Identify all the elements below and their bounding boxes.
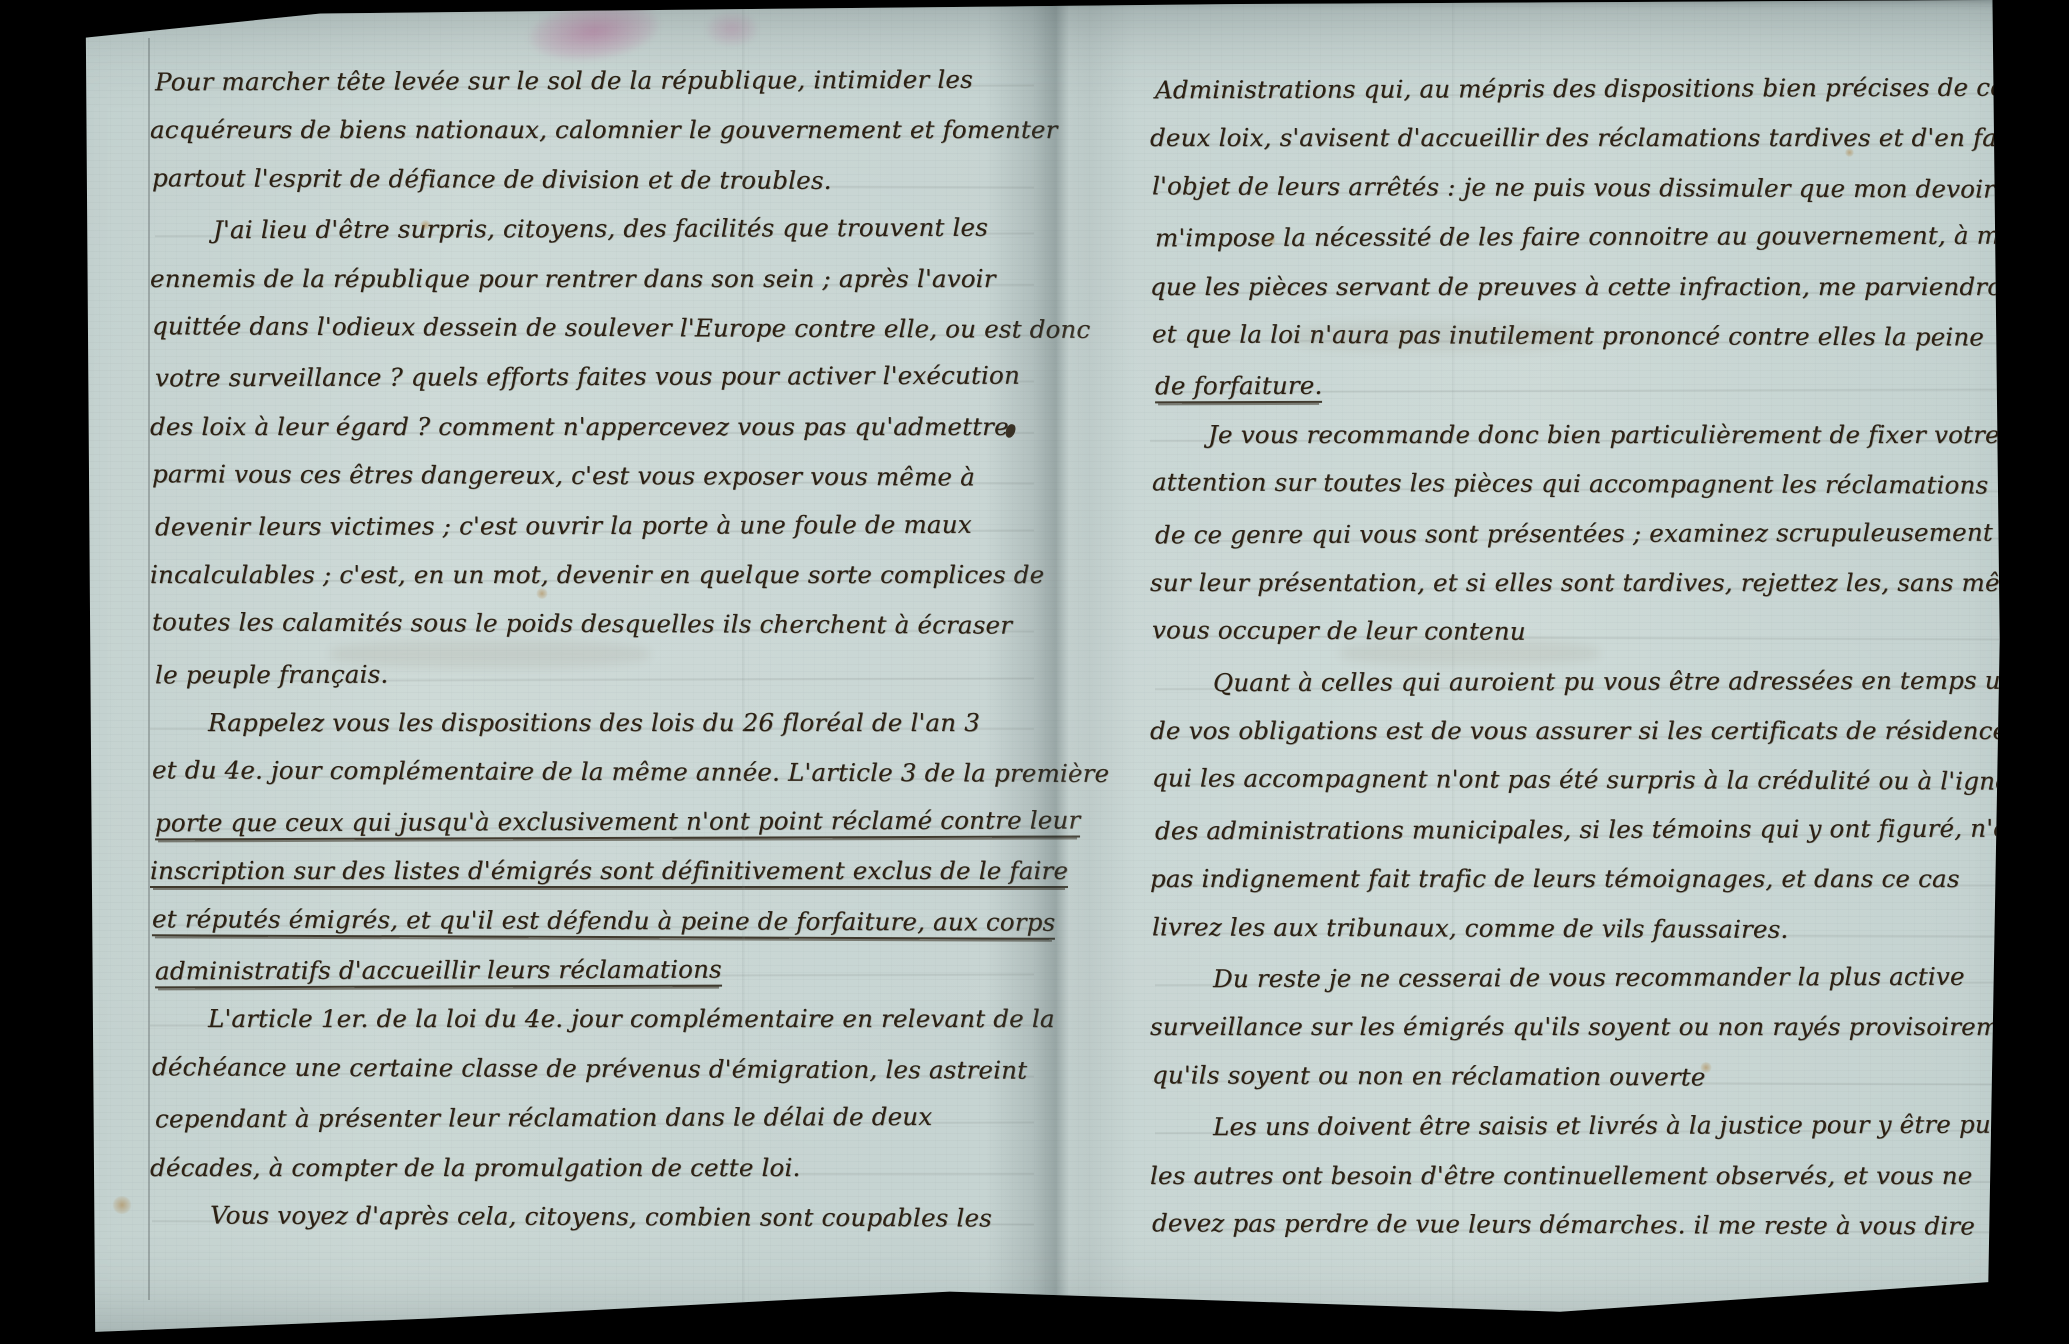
manuscript-line: de forfaiture. [1155, 359, 2008, 411]
manuscript-line-text: J'ai lieu d'être surpris, citoyens, des … [213, 213, 988, 244]
manuscript-line-text: que les pièces servant de preuves à cett… [1150, 272, 2036, 301]
manuscript-line-text: Vous voyez d'après cela, citoyens, combi… [210, 1201, 992, 1233]
manuscript-line: qu'ils soyent ou non en réclamation ouve… [1152, 1050, 2008, 1103]
manuscript-line: administratifs d'accueillir leurs réclam… [155, 944, 1034, 996]
manuscript-line-text: administratifs d'accueillir leurs réclam… [155, 955, 722, 989]
manuscript-line-text: L'article 1er. de la loi du 4e. jour com… [208, 1004, 1055, 1033]
manuscript-line: m'impose la nécessité de les faire conno… [1155, 211, 2008, 263]
manuscript-line-text: Pour marcher tête levée sur le sol de la… [155, 65, 973, 97]
manuscript-line-text: pas indignement fait trafic de leurs tém… [1150, 864, 1960, 893]
bleedthrough-mark [1340, 640, 1600, 666]
manuscript-line: Du reste je ne cesserai de vous recomman… [1155, 952, 2008, 1004]
manuscript-line: Les uns doivent être saisis et livrés à … [1155, 1100, 2008, 1152]
manuscript-line: attention sur toutes les pièces qui acco… [1152, 457, 2008, 510]
manuscript-line-text: qui les accompagnent n'ont pas été surpr… [1152, 764, 2069, 797]
manuscript-line: Administrations qui, au mépris des dispo… [1155, 63, 2008, 115]
manuscript-line-text: parmi vous ces êtres dangereux, c'est vo… [152, 459, 975, 491]
manuscript-line-text: de forfaiture. [1155, 371, 1323, 404]
manuscript-line-text: le peuple français. [155, 659, 388, 689]
manuscript-line-text: qu'ils soyent ou non en réclamation ouve… [1152, 1060, 1706, 1091]
manuscript-spread: Pour marcher tête levée sur le sol de la… [0, 0, 2069, 1344]
manuscript-line-text: des loix à leur égard ? comment n'apperc… [150, 412, 1009, 441]
manuscript-line-text: décades, à compter de la promulgation de… [150, 1153, 801, 1182]
manuscript-line: pas indignement fait trafic de leurs tém… [1150, 854, 2008, 903]
manuscript-line: sur leur présentation, et si elles sont … [1150, 558, 2008, 607]
manuscript-line: votre surveillance ? quels efforts faite… [155, 351, 1034, 403]
manuscript-line: que les pièces servant de preuves à cett… [1150, 262, 2008, 311]
manuscript-line: l'objet de leurs arrêtés : je ne puis vo… [1152, 161, 2008, 214]
manuscript-line: des loix à leur égard ? comment n'apperc… [150, 402, 1034, 451]
manuscript-line: de vos obligations est de vous assurer s… [1150, 706, 2008, 755]
center-fold [985, 0, 1135, 1344]
manuscript-line: parmi vous ces êtres dangereux, c'est vo… [152, 449, 1034, 502]
manuscript-line-text: sur leur présentation, et si elles sont … [1150, 568, 2038, 597]
manuscript-line-text: toutes les calamités sous le poids desqu… [152, 608, 1012, 640]
manuscript-line-text: partout l'esprit de défiance de division… [152, 163, 832, 195]
manuscript-line: Rappelez vous les dispositions des lois … [150, 698, 1034, 747]
manuscript-line: cependant à présenter leur réclamation d… [155, 1092, 1034, 1144]
manuscript-line-text: surveillance sur les émigrés qu'ils soye… [1150, 1012, 2048, 1041]
manuscript-line-text: ennemis de la république pour rentrer da… [150, 264, 996, 293]
manuscript-line-text: cependant à présenter leur réclamation d… [155, 1102, 932, 1133]
paper-crease [742, 0, 745, 1344]
manuscript-line: et réputés émigrés, et qu'il est défendu… [152, 894, 1034, 947]
manuscript-line: incalculables ; c'est, en un mot, deveni… [150, 550, 1034, 599]
manuscript-line: acquéreurs de biens nationaux, calomnier… [150, 105, 1034, 154]
bleedthrough-mark [1290, 322, 1590, 352]
manuscript-line-text: de ce genre qui vous sont présentées ; e… [1155, 517, 2069, 549]
manuscript-line: livrez les aux tribunaux, comme de vils … [1152, 902, 2008, 955]
manuscript-line-text: votre surveillance ? quels efforts faite… [155, 361, 1020, 393]
manuscript-line: surveillance sur les émigrés qu'ils soye… [1150, 1002, 2008, 1051]
manuscript-line-text: et réputés émigrés, et qu'il est défendu… [152, 904, 1055, 939]
manuscript-line-text: Je vous recommande donc bien particulièr… [1208, 420, 2000, 449]
foxing-spot [112, 1196, 132, 1214]
manuscript-line: de ce genre qui vous sont présentées ; e… [1155, 507, 2008, 559]
manuscript-line-text: devez pas perdre de vue leurs démarches.… [1152, 1208, 1975, 1240]
margin-rule [148, 38, 150, 1300]
manuscript-line: des administrations municipales, si les … [1155, 804, 2008, 856]
manuscript-line: ennemis de la république pour rentrer da… [150, 254, 1034, 303]
manuscript-line: L'article 1er. de la loi du 4e. jour com… [150, 994, 1034, 1043]
manuscript-line-text: et du 4e. jour complémentaire de la même… [152, 756, 1109, 789]
manuscript-line-text: des administrations municipales, si les … [1155, 813, 2034, 845]
manuscript-line-text: quittée dans l'odieux dessein de souleve… [152, 311, 1090, 344]
manuscript-line: partout l'esprit de défiance de division… [152, 153, 1034, 206]
manuscript-line-text: Rappelez vous les dispositions des lois … [208, 708, 980, 737]
manuscript-line-text: livrez les aux tribunaux, comme de vils … [1152, 912, 1789, 943]
manuscript-line: J'ai lieu d'être surpris, citoyens, des … [155, 203, 1034, 255]
manuscript-line: Je vous recommande donc bien particulièr… [1150, 410, 2008, 459]
manuscript-line: devez pas perdre de vue leurs démarches.… [1152, 1198, 2008, 1251]
manuscript-line-text: m'impose la nécessité de les faire conno… [1155, 221, 2069, 253]
manuscript-line-text: inscription sur des listes d'émigrés son… [150, 856, 1068, 888]
manuscript-line-text: porte que ceux qui jusqu'à exclusivement… [155, 805, 1080, 840]
manuscript-line-text: l'objet de leurs arrêtés : je ne puis vo… [1152, 171, 1995, 203]
manuscript-line: qui les accompagnent n'ont pas été surpr… [1152, 754, 2008, 807]
manuscript-line: et du 4e. jour complémentaire de la même… [152, 746, 1034, 799]
manuscript-line: Quant à celles qui auroient pu vous être… [1155, 655, 2008, 707]
paper-crease [1452, 0, 1455, 1344]
manuscript-line-text: Administrations qui, au mépris des dispo… [1155, 73, 2018, 105]
stamp-smudge [706, 12, 758, 46]
manuscript-line-text: devenir leurs victimes ; c'est ouvrir la… [155, 509, 972, 541]
scan-backdrop: Pour marcher tête levée sur le sol de la… [0, 0, 2069, 1344]
manuscript-line-text: Les uns doivent être saisis et livrés à … [1213, 1110, 2044, 1142]
bleedthrough-mark [330, 640, 650, 668]
manuscript-line-text: les autres ont besoin d'être continuelle… [1150, 1161, 1972, 1190]
manuscript-line: devenir leurs victimes ; c'est ouvrir la… [155, 499, 1034, 551]
manuscript-line: deux loix, s'avisent d'accueillir des ré… [1150, 113, 2008, 162]
manuscript-line: décades, à compter de la promulgation de… [150, 1143, 1034, 1192]
manuscript-line-text: Du reste je ne cesserai de vous recomman… [1213, 962, 1965, 993]
manuscript-line: inscription sur des listes d'émigrés son… [150, 846, 1034, 895]
manuscript-line: Pour marcher tête levée sur le sol de la… [155, 55, 1034, 107]
manuscript-line-text: acquéreurs de biens nationaux, calomnier… [150, 115, 1058, 144]
manuscript-line-text: attention sur toutes les pièces qui acco… [1152, 467, 1988, 499]
manuscript-line: déchéance une certaine classe de prévenu… [152, 1042, 1034, 1095]
manuscript-line-text: Quant à celles qui auroient pu vous être… [1213, 665, 2069, 697]
manuscript-line: quittée dans l'odieux dessein de souleve… [152, 301, 1034, 354]
manuscript-line: les autres ont besoin d'être continuelle… [1150, 1151, 2008, 1200]
manuscript-line-text: deux loix, s'avisent d'accueillir des ré… [1150, 123, 2032, 152]
manuscript-line: Vous voyez d'après cela, citoyens, combi… [152, 1190, 1034, 1243]
manuscript-line: porte que ceux qui jusqu'à exclusivement… [155, 795, 1034, 847]
manuscript-line-text: incalculables ; c'est, en un mot, deveni… [150, 560, 1044, 589]
manuscript-line-text: de vos obligations est de vous assurer s… [1150, 716, 2007, 745]
manuscript-line-text: déchéance une certaine classe de prévenu… [152, 1052, 1027, 1084]
